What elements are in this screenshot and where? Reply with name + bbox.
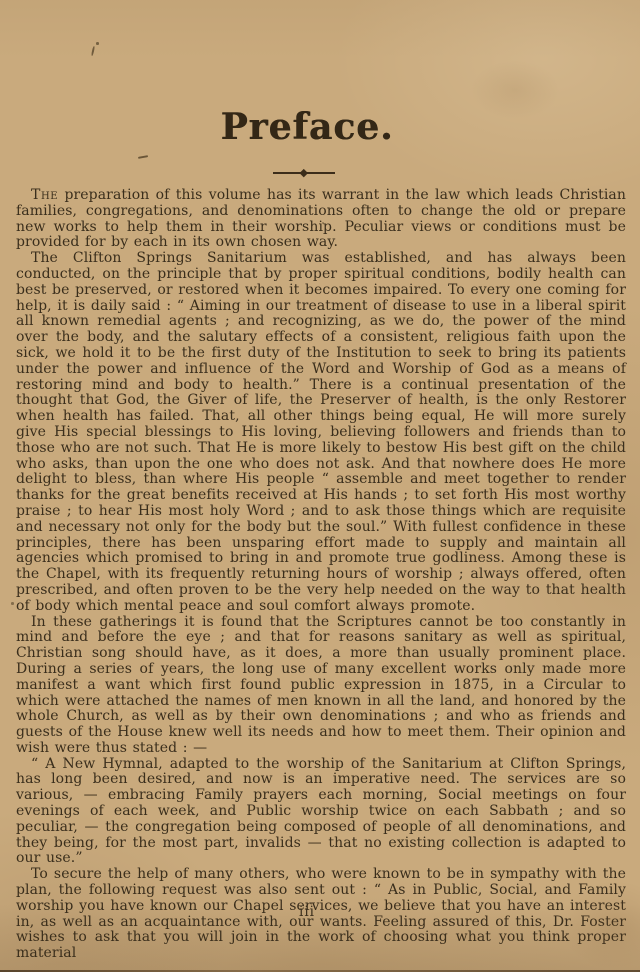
page-number: iii	[0, 904, 614, 920]
paper-speck	[96, 42, 99, 45]
book-page: Preface. The preparation of this volume …	[0, 0, 640, 972]
paragraph-3: In these gatherings it is found that the…	[16, 615, 626, 757]
paragraph-1-text: preparation of this volume has its warra…	[16, 187, 626, 250]
divider-diamond-icon	[300, 169, 308, 177]
paragraph-3-text: In these gatherings it is found that the…	[16, 614, 626, 756]
pen-mark	[91, 46, 95, 56]
paper-speck	[11, 602, 14, 605]
paragraph-1-lead: The	[31, 187, 58, 203]
paragraph-4-text: “ A New Hymnal, adapted to the worship o…	[16, 756, 626, 867]
paragraph-2-text: The Clifton Springs Sanitarium was estab…	[16, 250, 626, 614]
paragraph-4: “ A New Hymnal, adapted to the worship o…	[16, 757, 626, 868]
divider-ornament-icon	[273, 169, 335, 176]
paragraph-1: The preparation of this volume has its w…	[16, 188, 626, 251]
pen-mark	[138, 155, 148, 158]
paragraph-2: The Clifton Springs Sanitarium was estab…	[16, 251, 626, 614]
paper-speck	[322, 222, 324, 224]
page-title: Preface.	[0, 106, 614, 148]
preface-body: The preparation of this volume has its w…	[16, 188, 626, 962]
